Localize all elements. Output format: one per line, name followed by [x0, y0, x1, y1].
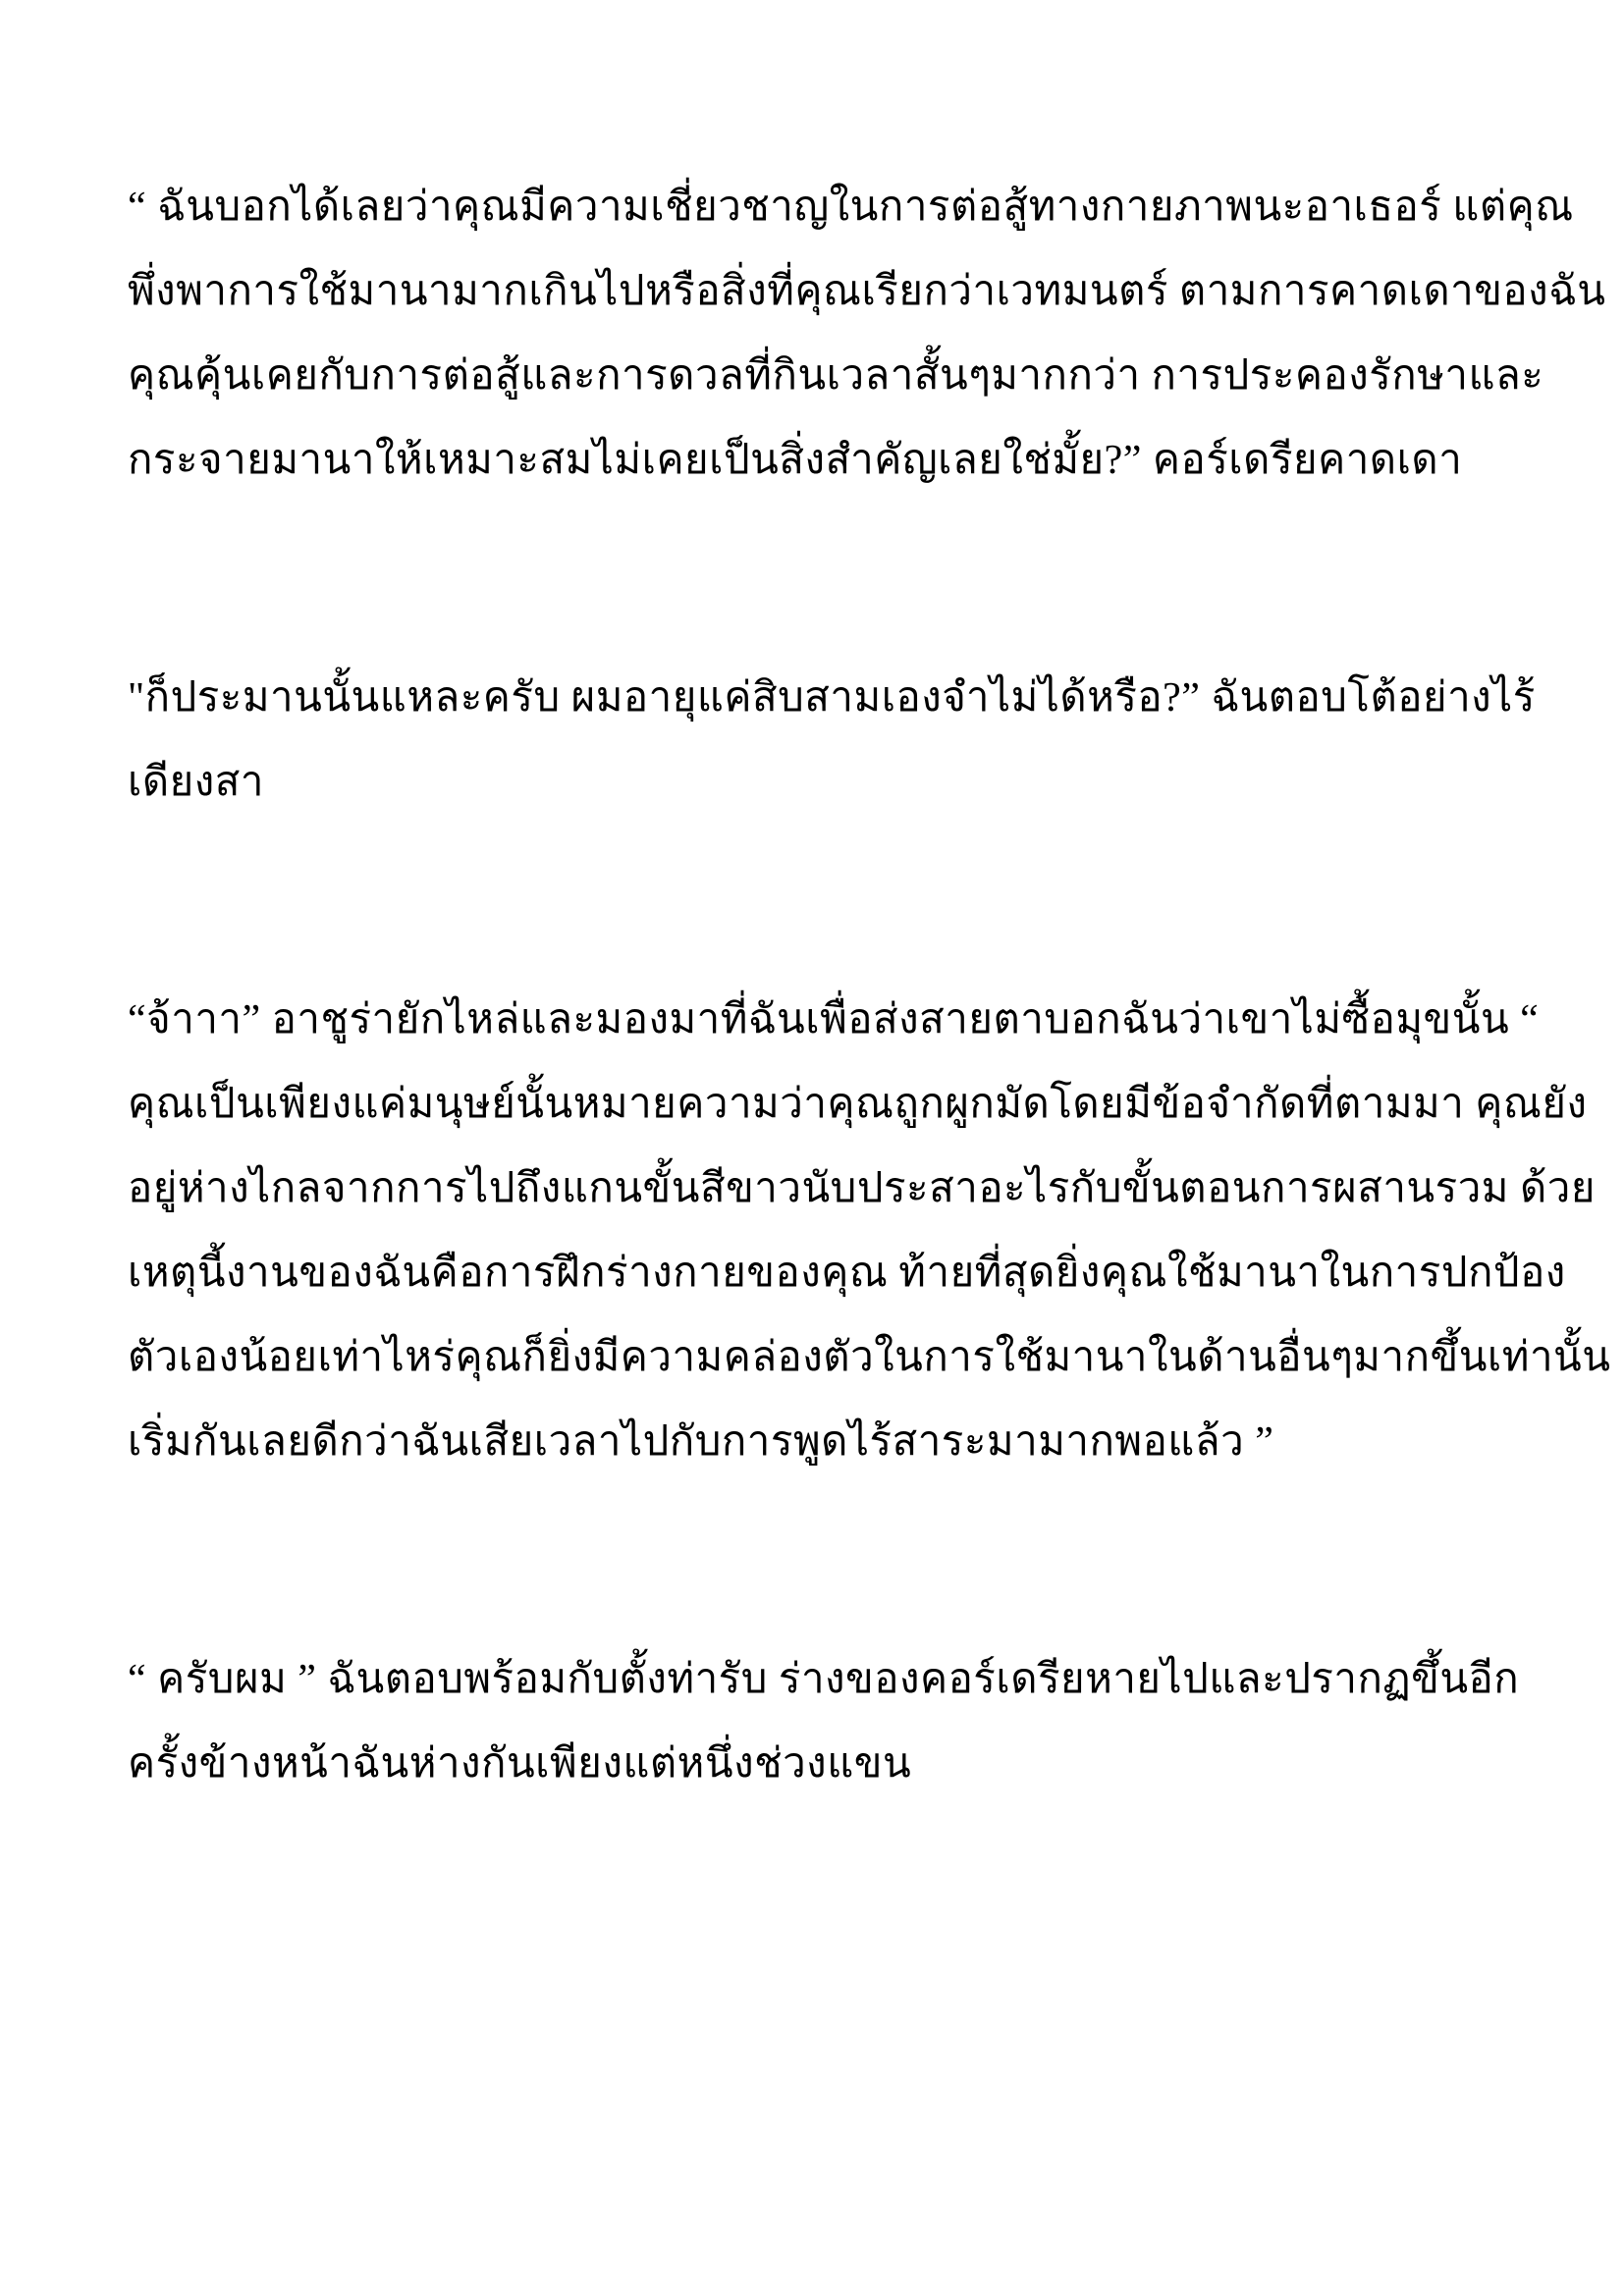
text-line: กระจายมานาให้เหมาะสมไม่เคยเป็นสิ่งสำคัญเ… [128, 418, 1498, 503]
text-line: เริ่มกันเลยดีกว่าฉันเสียเวลาไปกับการพูดไ… [128, 1400, 1498, 1484]
paragraph: “ ครับผม ” ฉันตอบพร้อมกับตั้งท่ารับ ร่าง… [128, 1637, 1498, 1806]
paragraph: "ก็ประมานนั้นแหละครับ ผมอายุแค่สิบสามเอง… [128, 656, 1498, 825]
text-line: พึ่งพาการใช้มานามากเกินไปหรือสิ่งที่คุณเ… [128, 249, 1498, 334]
document-page: “ ฉันบอกได้เลยว่าคุณมีความเชี่ยวชาญในการ… [0, 0, 1624, 2296]
text-line: “ ฉันบอกได้เลยว่าคุณมีความเชี่ยวชาญในการ… [128, 165, 1498, 249]
text-line: ครั้งข้างหน้าฉันห่างกันเพียงแต่หนึ่งช่วง… [128, 1722, 1498, 1806]
paragraph: “จ้าาา” อาชูร่ายักไหล่และมองมาที่ฉันเพื่… [128, 978, 1498, 1484]
text-line: "ก็ประมานนั้นแหละครับ ผมอายุแค่สิบสามเอง… [128, 656, 1498, 740]
text-line: คุณเป็นเพียงแค่มนุษย์นั้นหมายความว่าคุณถ… [128, 1062, 1498, 1147]
text-line: “จ้าาา” อาชูร่ายักไหล่และมองมาที่ฉันเพื่… [128, 978, 1498, 1062]
text-line: คุณคุ้นเคยกับการต่อสู้และการดวลที่กินเวล… [128, 334, 1498, 418]
text-line: ตัวเองน้อยเท่าไหร่คุณก็ยิ่งมีความคล่องตั… [128, 1315, 1498, 1400]
text-line: “ ครับผม ” ฉันตอบพร้อมกับตั้งท่ารับ ร่าง… [128, 1637, 1498, 1722]
text-line: เดียงสา [128, 740, 1498, 825]
paragraph: “ ฉันบอกได้เลยว่าคุณมีความเชี่ยวชาญในการ… [128, 165, 1498, 503]
text-line: อยู่ห่างไกลจากการไปถึงแกนขั้นสีขาวนับประ… [128, 1147, 1498, 1231]
text-line: เหตุนี้งานของฉันคือการฝึกร่างกายของคุณ ท… [128, 1231, 1498, 1315]
